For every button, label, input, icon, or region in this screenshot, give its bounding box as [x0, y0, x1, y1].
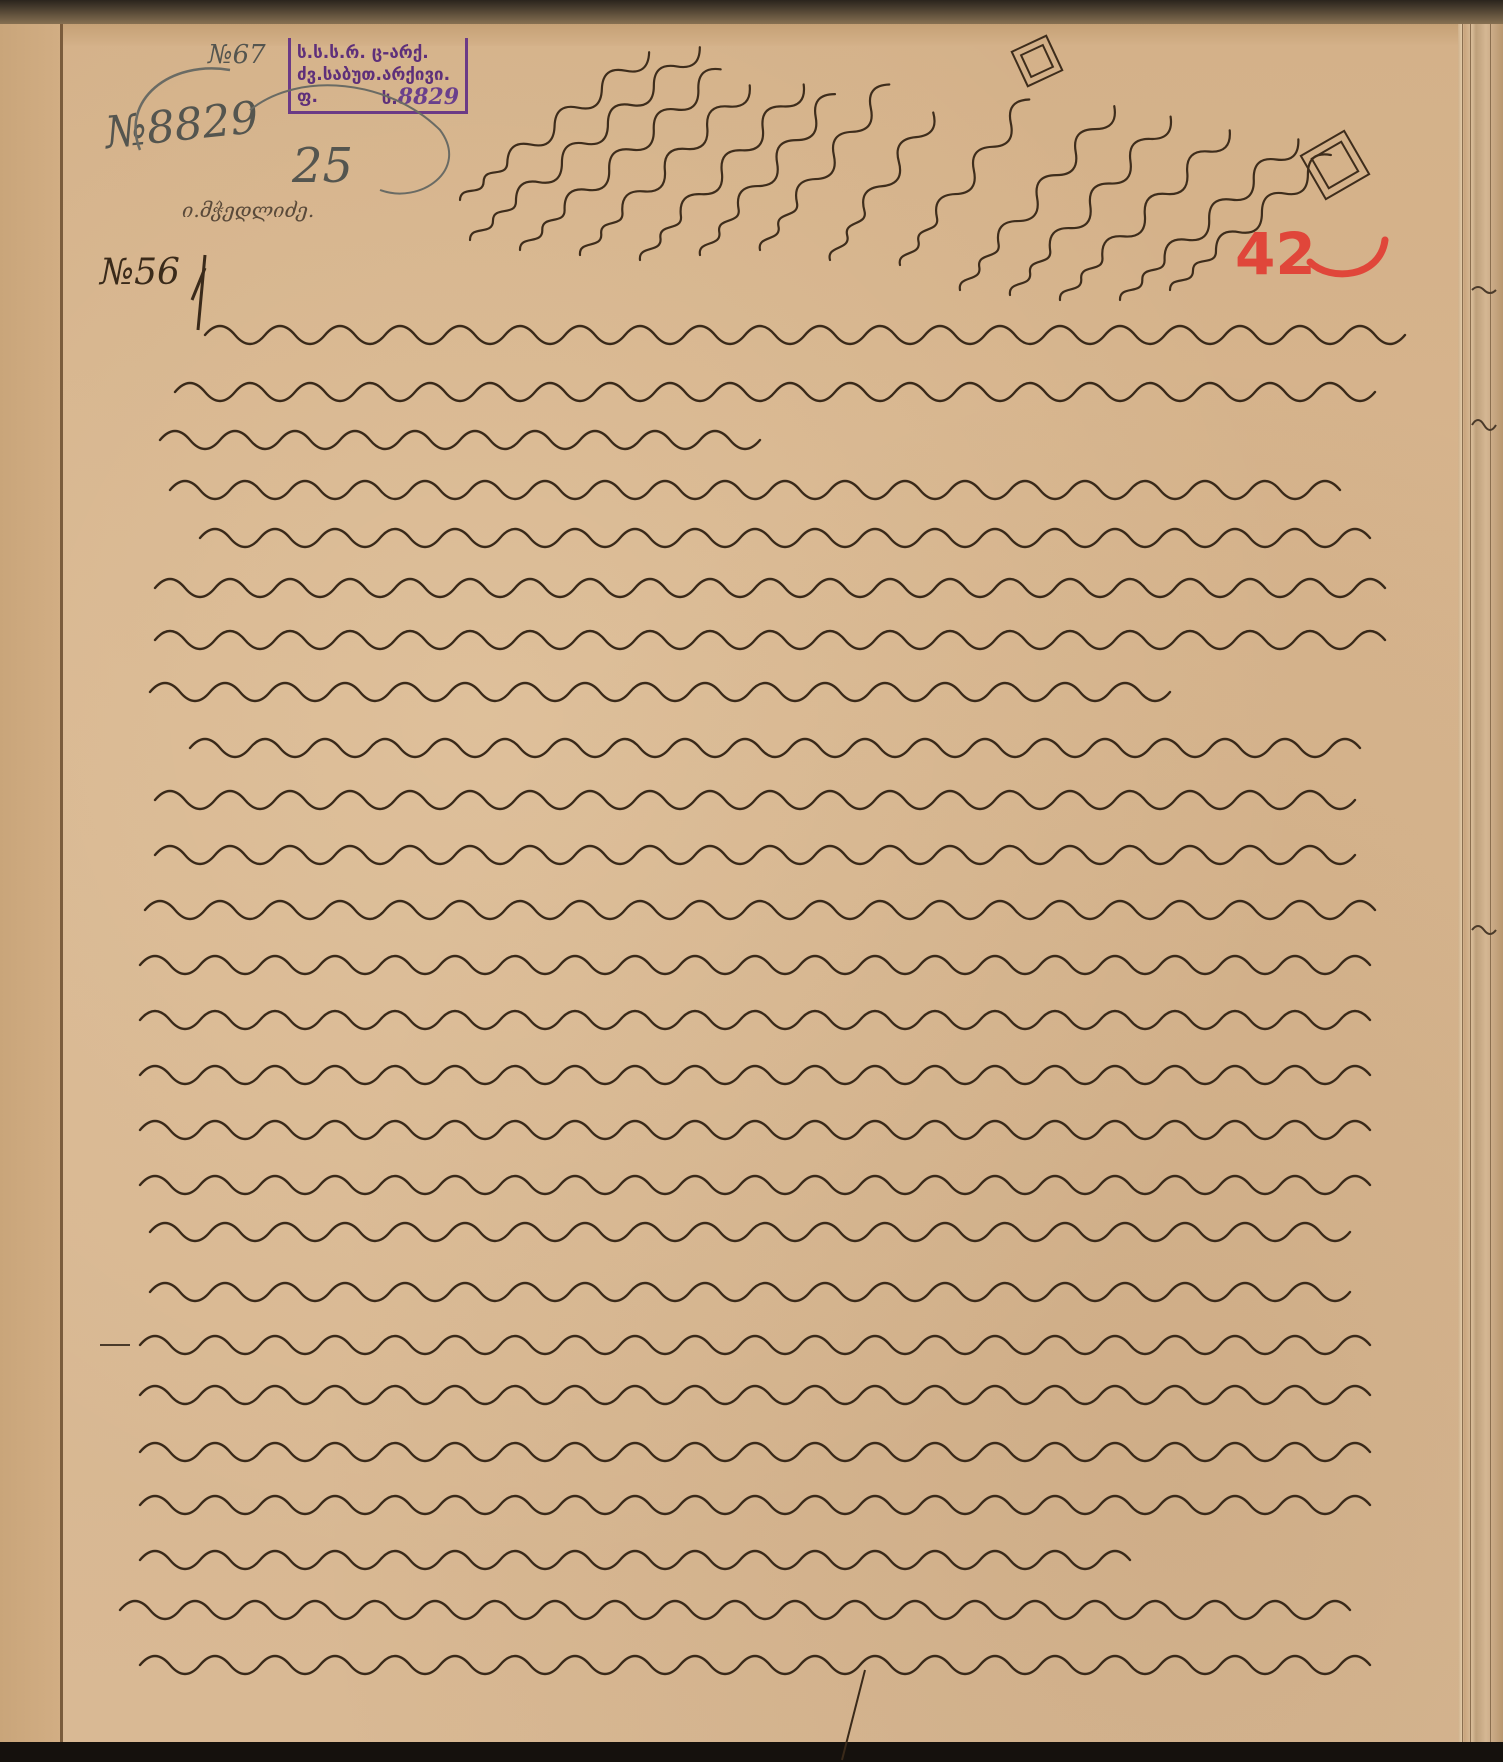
stamp-line-3: ფ. ს.8829	[297, 86, 459, 110]
scan-bottom-border	[0, 1742, 1503, 1762]
page-edge-line	[1470, 24, 1471, 1744]
catalog-sub-number: №67	[208, 40, 266, 70]
document-number: №56	[100, 252, 180, 293]
stamp-line-1: ს.ს.ს.რ. ც-არქ.	[297, 42, 459, 64]
manuscript-scan: ს.ს.ს.რ. ც-არქ. ძვ.საბუთ.არქივი. ფ. ს.88…	[0, 0, 1503, 1762]
pencil-note: ი.მჭედლიძე.	[182, 198, 314, 222]
stamp-line-2: ძვ.საბუთ.არქივი.	[297, 64, 459, 86]
folio-number: 42	[1235, 220, 1316, 288]
archive-stamp: ს.ს.ს.რ. ც-არქ. ძვ.საბუთ.არქივი. ფ. ს.88…	[288, 38, 468, 114]
stamp-number: 8829	[398, 84, 459, 110]
scan-top-border	[0, 0, 1503, 26]
stamp-fond-label: ფ.	[297, 86, 318, 110]
page-edge-line	[1462, 24, 1463, 1744]
stamp-sheet-label: ს.	[382, 89, 398, 109]
stacked-page-edges	[1458, 24, 1503, 1744]
page-edge-line	[1490, 24, 1491, 1744]
stamp-sheet: ს.8829	[382, 86, 459, 110]
page-top-edge	[63, 24, 1458, 46]
facing-page-left	[0, 24, 62, 1744]
pencil-number: 25	[292, 138, 353, 194]
